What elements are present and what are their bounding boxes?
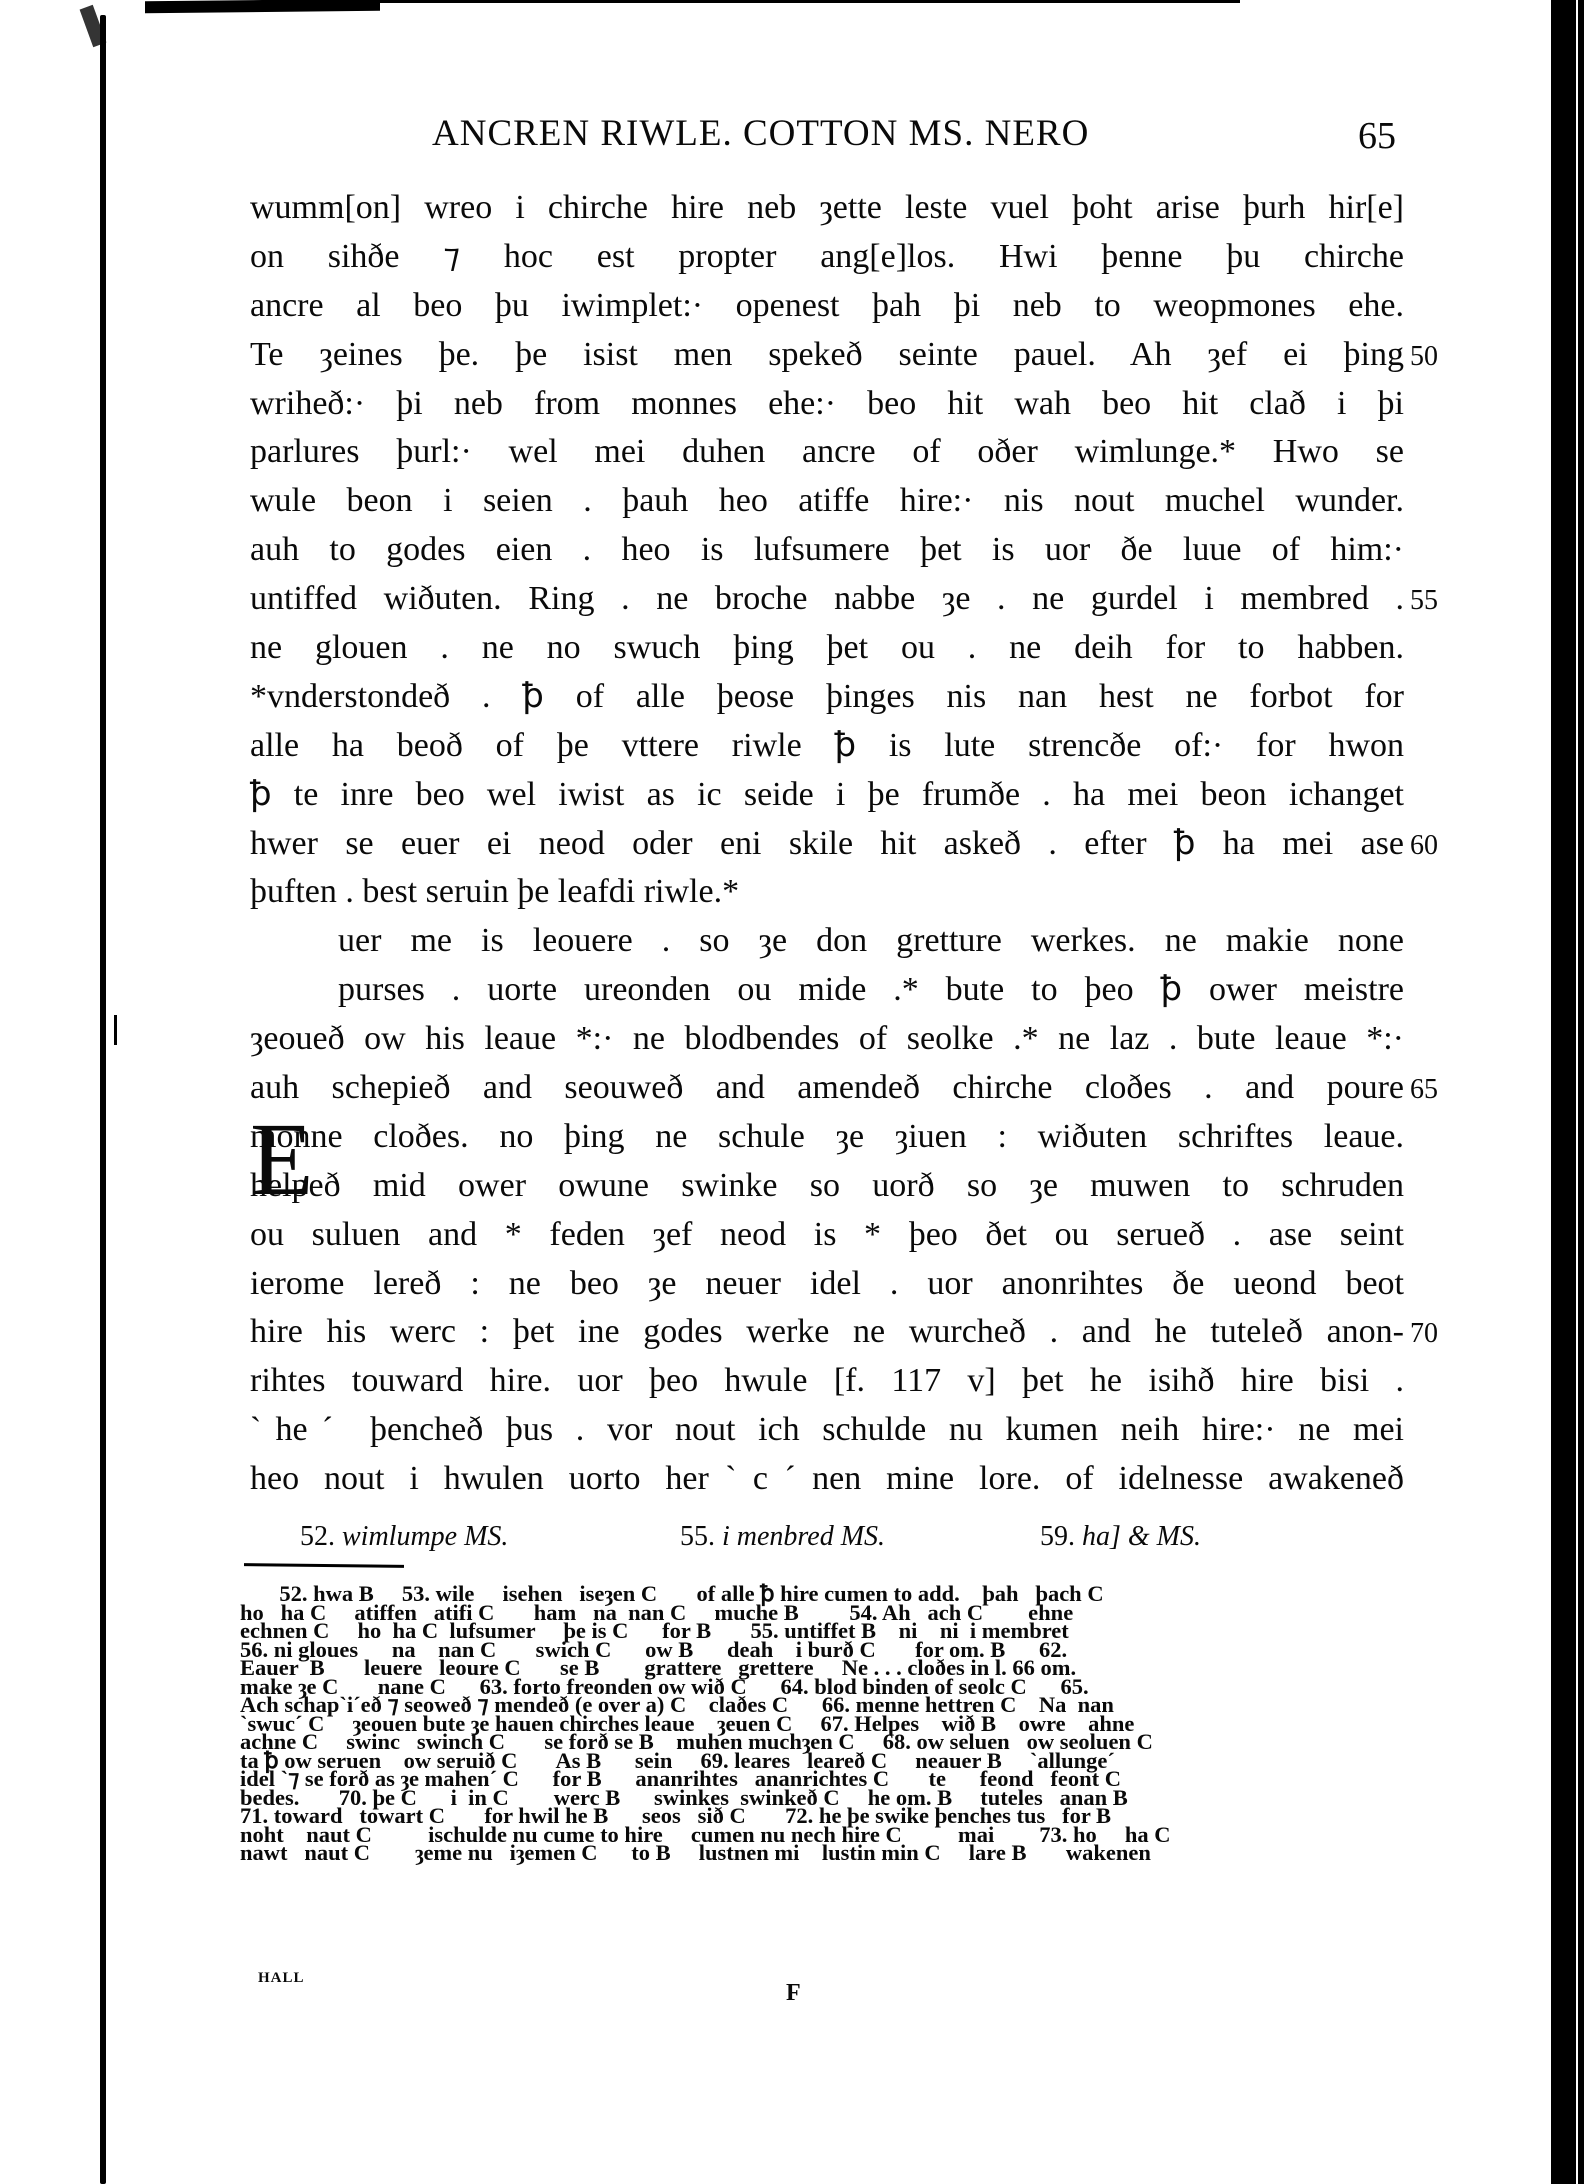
text-line: wriheð:· þi neb from monnes ehe:· beo hi… (250, 380, 1404, 429)
text-line: *vnderstondeð . ꝥ of alle þeose þinges n… (250, 673, 1404, 722)
text-line: ne glouen . ne no swuch þing þet ou . ne… (250, 624, 1404, 673)
text-line: wumm[on] wreo i chirche hire neb ȝette l… (250, 184, 1404, 233)
text-line-content: wumm[on] wreo i chirche hire neb ȝette l… (250, 189, 1404, 226)
apparatus-line: nawt naut C ȝeme nu iȝemen C to B lustne… (240, 1844, 1380, 1863)
main-text: E wumm[on] wreo i chirche hire neb ȝette… (250, 184, 1404, 1504)
text-line-content: auh schepieð and seouweð and amendeð chi… (250, 1069, 1404, 1106)
text-line: uer me is leouere . so ȝe don gretture w… (250, 917, 1404, 966)
text-line: rihtes touward hire. uor þeo hwule [f. 1… (250, 1357, 1404, 1406)
scan-border-right-edge (1578, 0, 1584, 2184)
text-line-content: on sihðe ⁊ hoc est propter ang[e]los. Hw… (250, 238, 1404, 275)
text-line: ꝥ te inre beo wel iwist as ic seide i þe… (250, 771, 1404, 820)
text-line-content: wriheð:· þi neb from monnes ehe:· beo hi… (250, 385, 1404, 422)
footnotes: 52. wimlumpe MS. 55. i menbred MS. 59. h… (300, 1521, 1400, 1561)
line-number: 65 (1410, 1066, 1438, 1115)
text-line: parlures þurl:· wel mei duhen ancre of o… (250, 428, 1404, 477)
text-line: ˋheˊ þencheð þus . vor nout ich schulde … (250, 1406, 1404, 1455)
text-line: untiffed wiðuten. Ring . ne broche nabbe… (250, 575, 1404, 624)
text-line: hire his werc : þet ine godes werke ne w… (250, 1308, 1404, 1357)
scan-border-top (145, 0, 380, 13)
text-line-content: auh to godes eien . heo is lufsumere þet… (250, 531, 1404, 568)
text-line: hwer se euer ei neod oder eni skile hit … (250, 820, 1404, 869)
scan-border-right (1551, 0, 1576, 2184)
text-line: ierome lereð : ne beo ȝe neuer idel . uo… (250, 1260, 1404, 1309)
line-number: 50 (1410, 333, 1438, 382)
running-head-title: ANCREN RIWLE. COTTON MS. NERO (432, 112, 1089, 155)
text-line: alle ha beoð of þe vttere riwle ꝥ is lut… (250, 722, 1404, 771)
text-line: ou suluen and * feden ȝef neod is * þeo … (250, 1211, 1404, 1260)
text-line-content: þuften . best seruin þe leafdi riwle.* (250, 873, 739, 910)
text-line: on sihðe ⁊ hoc est propter ang[e]los. Hw… (250, 233, 1404, 282)
footnote-59: 59. ha] & MS. (1040, 1521, 1201, 1553)
variant-apparatus: 52. hwa B 53. wile isehen iseȝen C of al… (240, 1585, 1380, 1863)
line-number: 70 (1410, 1310, 1438, 1359)
text-line-content: ꝥ te inre beo wel iwist as ic seide i þe… (250, 776, 1404, 813)
text-line-content: rihtes touward hire. uor þeo hwule [f. 1… (250, 1362, 1404, 1399)
text-line-content: ˋheˊ þencheð þus . vor nout ich schulde … (250, 1411, 1404, 1448)
text-line-content: ierome lereð : ne beo ȝe neuer idel . uo… (250, 1265, 1404, 1302)
signature-mark-left: HALL (258, 1970, 305, 1987)
text-line-content: uer me is leouere . so ȝe don gretture w… (338, 922, 1404, 959)
text-line-content: hwer se euer ei neod oder eni skile hit … (250, 825, 1404, 862)
signature-mark: F (786, 1980, 801, 2007)
text-line: wule beon i seien . þauh heo atiffe hire… (250, 477, 1404, 526)
text-line-content: heo nout i hwulen uorto herˋcˊnen mine l… (250, 1460, 1404, 1497)
text-line: heo nout i hwulen uorto herˋcˊnen mine l… (250, 1455, 1404, 1504)
text-line-content: alle ha beoð of þe vttere riwle ꝥ is lut… (250, 727, 1404, 764)
text-line-content: parlures þurl:· wel mei duhen ancre of o… (250, 433, 1404, 470)
text-line-content: *vnderstondeð . ꝥ of alle þeose þinges n… (250, 678, 1404, 715)
line-number: 60 (1410, 822, 1438, 871)
text-line-content: untiffed wiðuten. Ring . ne broche nabbe… (250, 580, 1404, 617)
text-line-content: ne glouen . ne no swuch þing þet ou . ne… (250, 629, 1404, 666)
text-line-content: ou suluen and * feden ȝef neod is * þeo … (250, 1216, 1404, 1253)
text-lines: wumm[on] wreo i chirche hire neb ȝette l… (250, 184, 1404, 1504)
footnote-55: 55. i menbred MS. (680, 1521, 885, 1553)
text-line: helpeð mid ower owune swinke so uorð so … (250, 1162, 1404, 1211)
page-number: 65 (1358, 114, 1396, 158)
text-line-content: ancre al beo þu iwimplet:· openest þah þ… (250, 287, 1404, 324)
text-line-content: helpeð mid ower owune swinke so uorð so … (250, 1167, 1404, 1204)
text-line: ancre al beo þu iwimplet:· openest þah þ… (250, 282, 1404, 331)
text-line: auh schepieð and seouweð and amendeð chi… (250, 1064, 1404, 1113)
scan-border-left (100, 15, 106, 2184)
scan-artifact-tick (114, 1015, 117, 1045)
text-line-content: purses . uorte ureonden ou mide .* bute … (338, 971, 1404, 1008)
text-line-content: wule beon i seien . þauh heo atiffe hire… (250, 482, 1404, 519)
text-line: purses . uorte ureonden ou mide .* bute … (250, 966, 1404, 1015)
text-line: monne cloðes. no þing ne schule ȝe ȝiuen… (250, 1113, 1404, 1162)
text-line: ȝeoueð ow his leaue *:· ne blodbendes of… (250, 1015, 1404, 1064)
text-line-content: hire his werc : þet ine godes werke ne w… (250, 1313, 1404, 1350)
text-line: þuften . best seruin þe leafdi riwle.* (250, 868, 1404, 917)
text-line-content: monne cloðes. no þing ne schule ȝe ȝiuen… (250, 1118, 1404, 1155)
text-line: Te ȝeines þe. þe isist men spekeð seinte… (250, 331, 1404, 380)
scan-border-top-thin (380, 0, 1240, 3)
text-line: auh to godes eien . heo is lufsumere þet… (250, 526, 1404, 575)
line-number: 55 (1410, 577, 1438, 626)
footnote-52: 52. wimlumpe MS. (300, 1521, 508, 1553)
footnote-rule (244, 1563, 404, 1568)
text-line-content: ȝeoueð ow his leaue *:· ne blodbendes of… (250, 1020, 1404, 1057)
text-line-content: Te ȝeines þe. þe isist men spekeð seinte… (250, 336, 1404, 373)
